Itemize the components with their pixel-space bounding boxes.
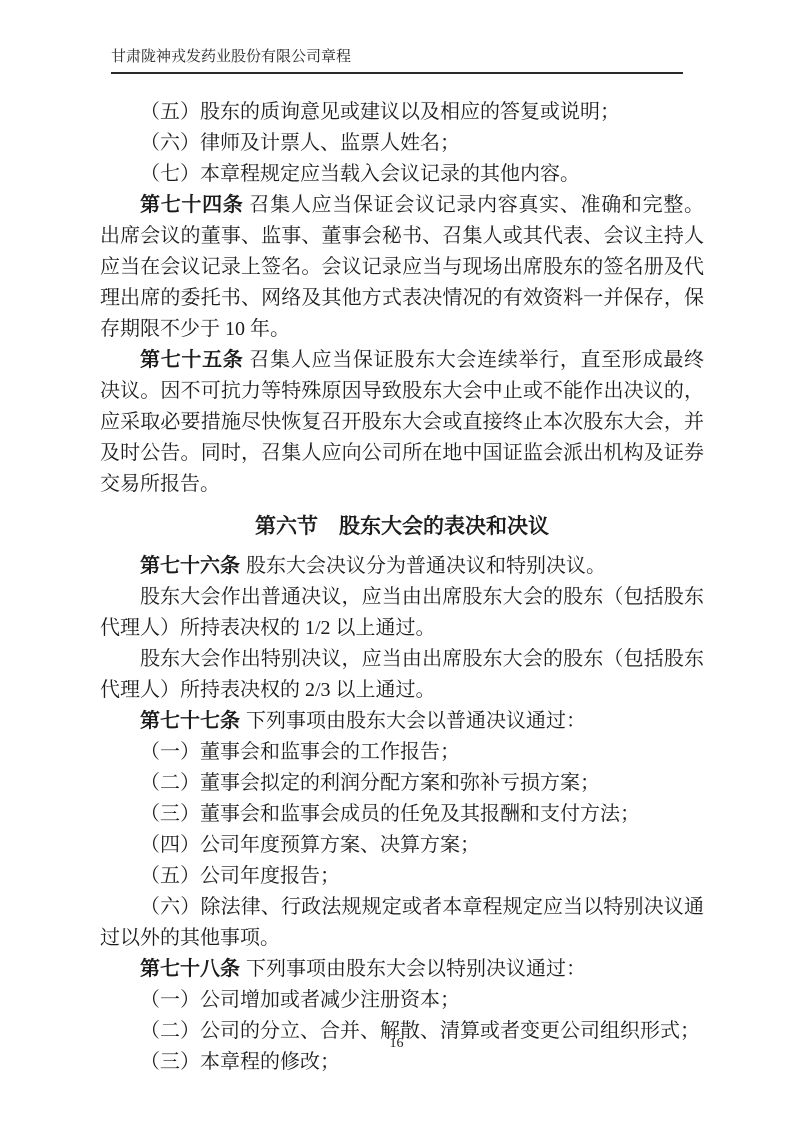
article-number: 第七十五条	[140, 349, 249, 371]
list-item-paragraph: （一）董事会和监事会的工作报告；	[100, 737, 704, 768]
article-paragraph: 第七十五条召集人应当保证股东大会连续举行，直至形成最终决议。因不可抗力等特殊原因…	[100, 345, 704, 500]
article-paragraph: 第七十七条下列事项由股东大会以普通决议通过：	[100, 706, 704, 737]
article-paragraph: 第七十六条股东大会决议分为普通决议和特别决议。	[100, 551, 704, 582]
list-item-paragraph: （一）公司增加或者减少注册资本；	[100, 985, 704, 1016]
list-item-paragraph: （四）公司年度预算方案、决算方案；	[100, 830, 704, 861]
header-title: 甘肃陇神戎发药业股份有限公司章程	[111, 49, 351, 65]
document-body: （五）股东的质询意见或建议以及相应的答复或说明；（六）律师及计票人、监票人姓名；…	[100, 97, 704, 1078]
list-item-paragraph: （六）律师及计票人、监票人姓名；	[100, 128, 704, 159]
list-item-paragraph: （六）除法律、行政法规规定或者本章程规定应当以特别决议通过以外的其他事项。	[100, 892, 704, 954]
article-number: 第七十六条	[140, 555, 246, 577]
article-paragraph: 第七十八条下列事项由股东大会以特别决议通过：	[100, 954, 704, 985]
page-footer: 16	[0, 1036, 793, 1052]
body-paragraph: 股东大会作出特别决议，应当由出席股东大会的股东（包括股东代理人）所持表决权的 2…	[100, 644, 704, 706]
page-number: 16	[390, 1036, 404, 1051]
article-number: 第七十四条	[140, 194, 249, 216]
list-item-paragraph: （二）董事会拟定的利润分配方案和弥补亏损方案；	[100, 768, 704, 799]
body-paragraph: 股东大会作出普通决议，应当由出席股东大会的股东（包括股东代理人）所持表决权的 1…	[100, 582, 704, 644]
article-number: 第七十七条	[140, 710, 246, 732]
list-item-paragraph: （五）公司年度报告；	[100, 861, 704, 892]
list-item-paragraph: （五）股东的质询意见或建议以及相应的答复或说明；	[100, 97, 704, 128]
list-item-paragraph: （七）本章程规定应当载入会议记录的其他内容。	[100, 159, 704, 190]
article-number: 第七十八条	[140, 958, 246, 980]
section-heading: 第六节 股东大会的表决和决议	[100, 511, 704, 542]
article-paragraph: 第七十四条召集人应当保证会议记录内容真实、准确和完整。出席会议的董事、监事、董事…	[100, 190, 704, 345]
document-page: 甘肃陇神戎发药业股份有限公司章程 （五）股东的质询意见或建议以及相应的答复或说明…	[0, 0, 793, 1122]
page-header: 甘肃陇神戎发药业股份有限公司章程	[111, 47, 683, 74]
list-item-paragraph: （三）董事会和监事会成员的任免及其报酬和支付方法；	[100, 799, 704, 830]
